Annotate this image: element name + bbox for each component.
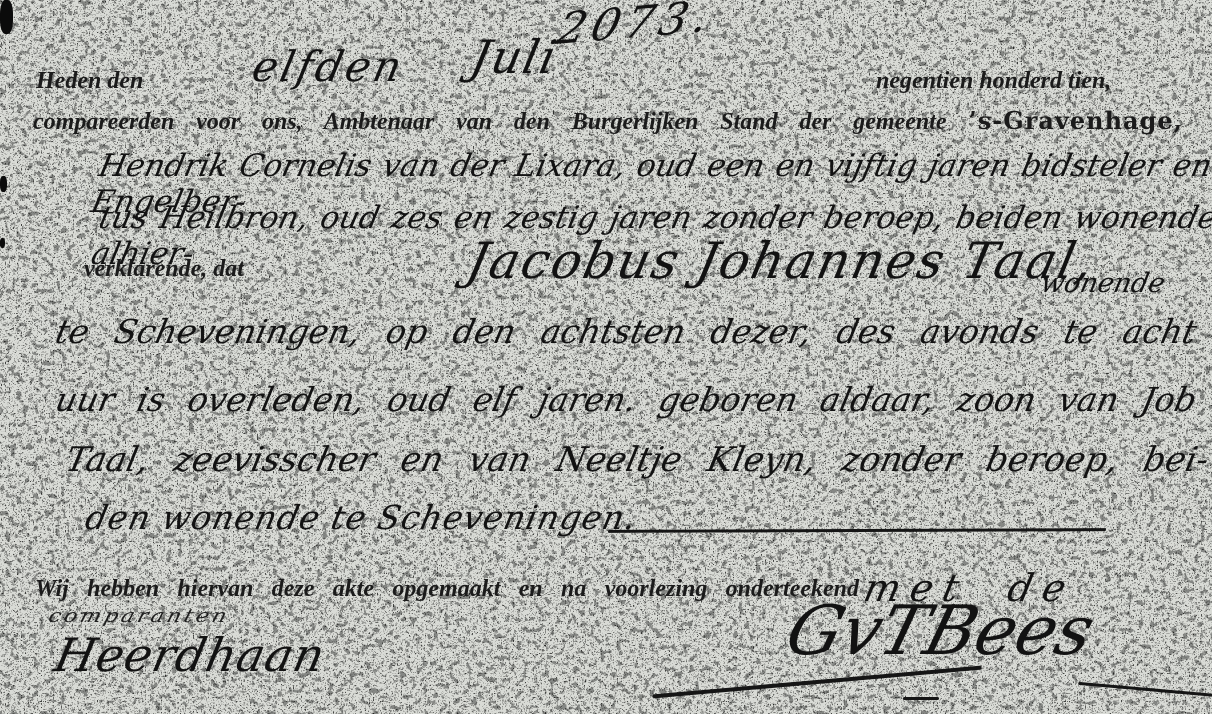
signature-declarant: Heerdhaan — [50, 628, 331, 682]
act-number: 2073. — [552, 0, 719, 55]
signature-dash — [903, 697, 939, 700]
handwritten-month: Juli — [466, 30, 563, 84]
printed-closing-line: Wij hebben hiervan deze akte opgemaakt e… — [35, 576, 859, 603]
filler-rule — [608, 528, 1106, 533]
printed-verklarende-dat: verklarende, dat — [84, 256, 244, 283]
handwritten-parents-line: Taal, zeevisscher en van Neeltje Kleyn, … — [62, 440, 1212, 480]
handwritten-death-line-2: uur is overleden, oud elf jaren. geboren… — [52, 380, 1200, 419]
scan-edge-mark — [0, 238, 5, 248]
printed-heden-den: Heden den — [36, 68, 143, 95]
scan-edge-mark — [0, 176, 7, 192]
signature-official: GvTBees — [778, 592, 1103, 671]
handwritten-death-line-1: te Scheveningen, op den achtsten dezer, … — [52, 312, 1200, 351]
handwritten-wonende: wonende — [1038, 268, 1168, 299]
handwritten-day: elfden — [248, 42, 409, 91]
handwritten-residence-line: den wonende te Scheveningen. — [82, 498, 641, 537]
printed-registrar-line: compareerden voor ons, Ambtenaar van den… — [33, 106, 1183, 136]
handwritten-deceased-name: Jacobus Johannes Taal, — [462, 232, 1101, 290]
death-certificate-scan: 2073. Heden den elfden Juli negentien ho… — [0, 0, 1212, 714]
registrar-text: compareerden voor ons, Ambtenaar van den… — [33, 109, 947, 135]
signature-tail-flourish — [1078, 682, 1212, 697]
scan-edge-mark — [0, 0, 13, 34]
handwritten-comparanten: comparanten — [46, 606, 232, 627]
printed-year: negentien honderd tien, — [876, 68, 1111, 95]
municipality-name: ’s-Gravenhage, — [968, 106, 1183, 135]
certificate-content: 2073. Heden den elfden Juli negentien ho… — [0, 0, 1212, 714]
